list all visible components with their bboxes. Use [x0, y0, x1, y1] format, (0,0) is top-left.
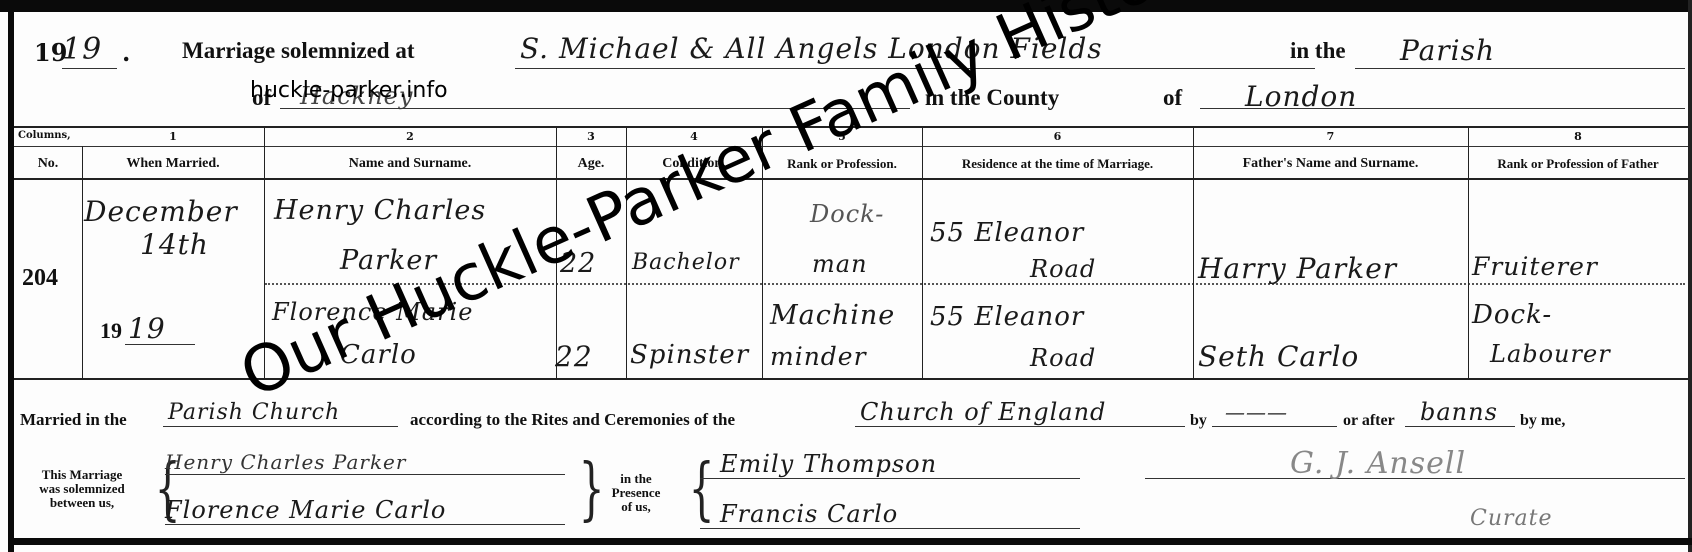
witness-1-signature: Emily Thompson — [720, 450, 937, 478]
county-underline — [1200, 108, 1685, 109]
place-underline — [163, 426, 398, 427]
groom-name-line1: Henry Charles — [274, 195, 486, 226]
witness-1-line — [700, 478, 1080, 479]
header-age: Age. — [556, 156, 626, 172]
bride-father-name: Seth Carlo — [1198, 340, 1359, 373]
by-label: by — [1190, 412, 1207, 430]
bride-residence-line1: 55 Eleanor — [930, 302, 1084, 332]
presence-label-1: in the — [596, 472, 676, 486]
header-when-married: When Married. — [82, 156, 264, 172]
solemnized-at-label: Marriage solemnized at — [182, 38, 414, 64]
by-me-label: by me, — [1520, 412, 1565, 430]
date-year-suffix: 19 — [128, 312, 166, 345]
parish: Parish — [1400, 34, 1495, 67]
bride-age: 22 — [555, 340, 593, 373]
solemnized-label-2: was solemnized — [22, 482, 142, 496]
bride-profession-line1: Machine — [770, 300, 895, 331]
bride-father-profession-line2: Labourer — [1490, 340, 1611, 368]
groom-condition: Bachelor — [632, 250, 740, 275]
date-day: 14th — [140, 228, 209, 261]
header-no: No. — [14, 156, 82, 172]
banns: banns — [1420, 398, 1498, 426]
year-dot: . — [122, 38, 130, 67]
witness-2-line — [700, 528, 1080, 529]
witness-brace: { — [689, 450, 715, 529]
date-year-prefix: 19 — [100, 318, 122, 344]
left-border — [8, 0, 14, 552]
party-1-line — [165, 474, 565, 475]
church-of: Church of England — [860, 398, 1106, 426]
groom-profession-line1: Dock- — [810, 200, 884, 228]
marriage-place: Parish Church — [168, 400, 340, 425]
banns-underline — [1405, 426, 1515, 427]
groom-father-profession: Fruiterer — [1472, 252, 1598, 281]
groom-father-name: Harry Parker — [1198, 252, 1397, 285]
in-the-label: in the — [1290, 38, 1346, 64]
date-year-underline — [125, 344, 195, 345]
groom-residence-line2: Road — [1030, 255, 1096, 283]
presence-label-3: of us, — [596, 500, 676, 514]
solemnized-label-1: This Marriage — [22, 468, 142, 482]
bride-profession-line2: minder — [770, 342, 867, 371]
column-number-1: 1 — [82, 130, 264, 143]
by-underline — [1212, 426, 1337, 427]
header-name: Name and Surname. — [264, 156, 556, 172]
header-father-name: Father's Name and Surname. — [1193, 156, 1468, 172]
column-number-8: 8 — [1468, 130, 1688, 143]
header-residence: Residence at the time of Marriage. — [922, 156, 1193, 172]
solemnized-label-3: between us, — [22, 496, 142, 510]
column-number-3: 3 — [556, 130, 626, 143]
column-number-2: 2 — [264, 130, 556, 143]
groom-residence-line1: 55 Eleanor — [930, 218, 1084, 248]
header-rule — [14, 178, 1688, 180]
church-of-underline — [855, 426, 1185, 427]
date-month: December — [84, 195, 238, 228]
marriage-register-page: 19 19 . Marriage solemnized at S. Michae… — [0, 0, 1692, 552]
bride-condition: Spinster — [630, 340, 749, 370]
entry-number: 204 — [22, 265, 58, 292]
or-after-label: or after — [1343, 412, 1395, 430]
presence-label-2: Presence — [596, 486, 676, 500]
column-number-6: 6 — [922, 130, 1193, 143]
year-suffix: 19 — [62, 32, 102, 67]
column-number-7: 7 — [1193, 130, 1468, 143]
watermark-site: huckle-parker.info — [250, 78, 448, 103]
top-border — [0, 0, 1692, 12]
bride-residence-line2: Road — [1030, 344, 1096, 372]
columns-label: Columns, — [18, 130, 88, 141]
party-2-signature: Florence Marie Carlo — [165, 496, 446, 524]
col-divider — [82, 146, 83, 378]
by-value: ——— — [1225, 400, 1288, 424]
right-border — [1688, 0, 1692, 552]
witness-2-signature: Francis Carlo — [720, 500, 898, 528]
header-father-profession: Rank or Profession of Father — [1468, 156, 1688, 172]
officiant-title: Curate — [1470, 506, 1553, 531]
party-2-line — [165, 524, 565, 525]
groom-profession-line2: man — [812, 250, 868, 278]
officiant-signature: G. J. Ansell — [1290, 446, 1466, 481]
married-in-label: Married in the — [20, 410, 127, 430]
parish-underline — [1355, 68, 1685, 69]
party-1-signature: Henry Charles Parker — [165, 450, 406, 474]
year-underline — [62, 68, 117, 69]
county-of-label: of — [1163, 85, 1182, 111]
bride-father-profession-line1: Dock- — [1472, 300, 1552, 330]
bottom-border — [8, 538, 1692, 545]
rites-label: according to the Rites and Ceremonies of… — [410, 410, 735, 430]
